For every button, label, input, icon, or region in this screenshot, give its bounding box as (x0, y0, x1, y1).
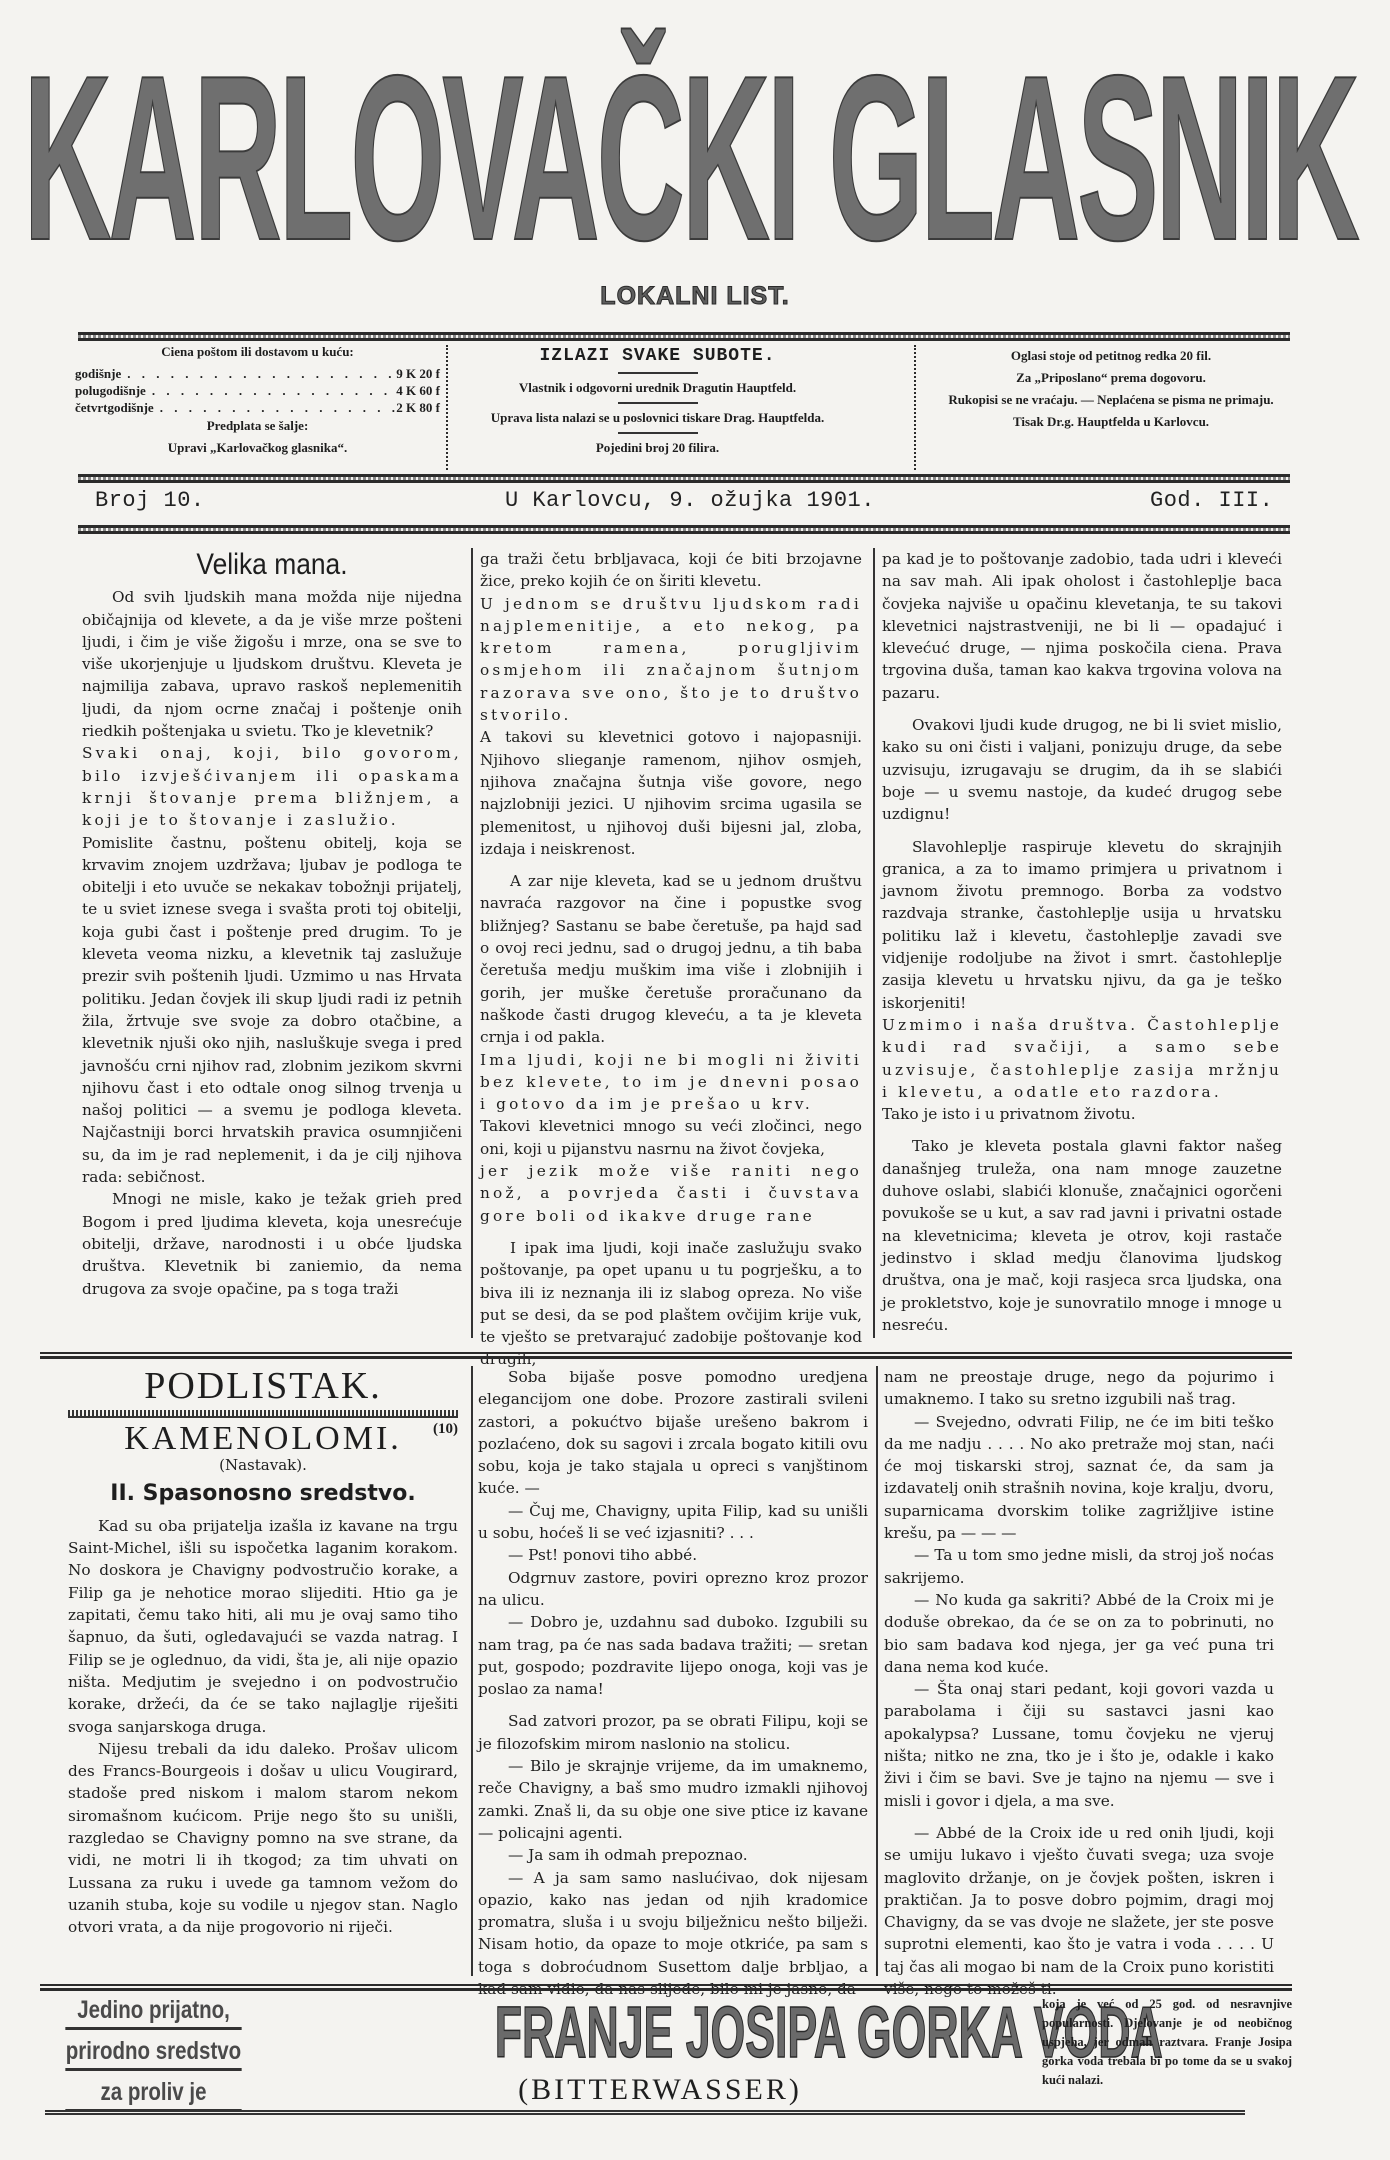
owner-editor: Vlastnik i odgovorni urednik Dragutin Ha… (450, 380, 865, 396)
single-issue-price: Pojedini broj 20 filira. (450, 440, 865, 456)
article-paragraph: U jednom se društvu ljudskom radi najple… (480, 593, 862, 727)
article-paragraph: Mnogi ne misle, kako je težak grieh pred… (82, 1188, 462, 1299)
column-divider (876, 1366, 878, 1976)
short-rule (618, 432, 698, 434)
article-paragraph: A takovi su klevetnici gotovo i najopasn… (480, 726, 862, 860)
decorative-rule (68, 1410, 458, 1418)
feuilleton-column-2: Soba bijaše posve pomodno uredjena elega… (478, 1366, 868, 2000)
feuilleton-column-1: PODLISTAK. KAMENOLOMI. (10) (Nastavak). … (68, 1366, 458, 1939)
price-header: Ciena poštom ili dostavom u kuću: (75, 344, 440, 360)
price-row-quarterly: četvrtgodišnje . . . . . . . . . . . . .… (75, 400, 440, 416)
story-paragraph: Nijesu trebali da idu daleko. Prošav uli… (68, 1738, 458, 1939)
article-column-3: pa kad je to poštovanje zadobio, tada ud… (882, 548, 1282, 1336)
price-value: 4 K 60 f (396, 383, 440, 399)
subscribe-to: Upravi „Karlovačkog glasnika“. (75, 440, 440, 456)
leader-dots: . . . . . . . . . . . . . . . . . . . (146, 383, 396, 399)
article-paragraph: A zar nije kleveta, kad se u jednom druš… (480, 870, 862, 1048)
story-paragraph: — Ta u tom smo jedne misli, da stroj još… (884, 1544, 1274, 1589)
feuilleton-section-title: PODLISTAK. (68, 1366, 458, 1406)
ad-subheadline: (BITTERWASSER) (290, 2073, 1030, 2107)
dateline-rule-bottom (78, 525, 1290, 534)
ad-tagline-line: za proliv je (65, 2075, 241, 2112)
article-paragraph: Takovi klevetnici mnogo su veći zločinci… (480, 1115, 862, 1160)
manuscripts-note: Rukopisi se ne vraćaju. — Neplaćena se p… (930, 392, 1292, 408)
installment-number: (10) (433, 1418, 458, 1440)
story-paragraph: — A ja sam samo naslućivao, dok nijesam … (478, 1867, 868, 2001)
article-paragraph: jer jezik može više raniti nego nož, a p… (480, 1160, 862, 1227)
advertisement: Jedino prijatno, prirodno sredstvo za pr… (40, 1993, 1292, 2113)
price-period: polugodišnje (75, 383, 146, 399)
story-title-text: KAMENOLOMI. (124, 1420, 402, 1457)
subscription-info: Ciena poštom ili dostavom u kuću: godišn… (75, 342, 440, 468)
story-paragraph: — Šta onaj stari pedant, koji govori vaz… (884, 1678, 1274, 1812)
priposlano-note: Za „Priposlano“ prema dogovoru. (930, 370, 1292, 386)
advertising-info: Oglasi stoje od petitnog redka 20 fil. Z… (930, 342, 1292, 468)
article-paragraph: pa kad je to poštovanje zadobio, tada ud… (882, 548, 1282, 704)
dateline-rule-top (78, 474, 1290, 483)
ad-tagline: Jedino prijatno, prirodno sredstvo za pr… (46, 1993, 261, 2116)
column-divider (471, 548, 473, 1338)
article-paragraph: Pomislite častnu, poštenu obitelj, koja … (82, 832, 462, 1189)
subscribe-label: Predplata se šalje: (75, 418, 440, 434)
story-paragraph: — Ja sam ih odmah prepoznao. (478, 1844, 868, 1866)
leader-dots: . . . . . . . . . . . . . . . . . . . (154, 400, 397, 416)
masthead-rule-top (78, 332, 1290, 341)
newspaper-page: KARLOVAČKI GLASNIK LOKALNI LIST. Ciena p… (0, 0, 1390, 2160)
masthead-subtitle: LOKALNI LIST. (0, 282, 1390, 311)
leader-dots: . . . . . . . . . . . . . . . . . . . (121, 366, 396, 382)
article-paragraph: Svaki onaj, koji, bilo govorom, bilo izv… (82, 742, 462, 831)
article-column-2: ga traži četu brbljavaca, koji će biti b… (480, 548, 862, 1371)
ad-headline-block: FRANJE JOSIPA GORKA VODA (BITTERWASSER) (290, 1997, 1030, 2107)
story-paragraph: Kad su oba prijatelja izašla iz kavane n… (68, 1515, 458, 1738)
article-paragraph: Ima ljudi, koji ne bi mogli ni živiti be… (480, 1049, 862, 1116)
chapter-title: II. Spasonosno sredstvo. (68, 1483, 458, 1505)
article-paragraph: Uzmimo i naša društva. Častohleplje kudi… (882, 1014, 1282, 1103)
article-column-1: Velika mana. Od svih ljudskih mana možda… (82, 548, 462, 1300)
continued-label: (Nastavak). (68, 1454, 458, 1476)
publication-info: IZLAZI SVAKE SUBOTE. Vlastnik i odgovorn… (450, 342, 865, 468)
place-date: U Karlovcu, 9. ožujka 1901. (505, 488, 875, 513)
info-divider (914, 345, 916, 470)
article-paragraph: Tako je kleveta postala glavni faktor na… (882, 1135, 1282, 1336)
year-volume: God. III. (1150, 488, 1273, 513)
story-paragraph: — Abbé de la Croix ide u red onih ljudi,… (884, 1822, 1274, 2000)
article-paragraph: Od svih ljudskih mana možda nije nijedna… (82, 586, 462, 742)
story-paragraph: — Svejedno, odvrati Filip, ne će im biti… (884, 1411, 1274, 1545)
story-paragraph: — Pst! ponovi tiho abbé. (478, 1544, 868, 1566)
ad-tagline-line: prirodno sredstvo (65, 2034, 241, 2071)
ad-tagline-line: Jedino prijatno, (65, 1993, 241, 2030)
story-paragraph: Odgrnuv zastore, poviri oprezno kroz pro… (478, 1567, 868, 1612)
issue-number: Broj 10. (95, 488, 205, 513)
column-divider (471, 1366, 473, 1976)
story-title: KAMENOLOMI. (10) (68, 1428, 458, 1450)
price-value: 2 K 80 f (396, 400, 440, 416)
feuilleton-rule (40, 1352, 1292, 1359)
story-paragraph: — Bilo je skrajnje vrijeme, da im umakne… (478, 1755, 868, 1844)
newspaper-name: KARLOVAČKI GLASNIK (23, 40, 1356, 275)
bottom-rule (45, 2110, 1245, 2115)
ad-description: koja je već od 25 god. od nesravnjive po… (1042, 1995, 1292, 2090)
article-paragraph: ga traži četu brbljavaca, koji će biti b… (480, 548, 862, 593)
column-divider (873, 548, 875, 1338)
price-value: 9 K 20 f (396, 366, 440, 382)
article-paragraph: I ipak ima ljudi, koji inače zaslužuju s… (480, 1237, 862, 1371)
story-paragraph: nam ne preostaje druge, nego da pojurimo… (884, 1366, 1274, 1411)
price-row-half-yearly: polugodišnje . . . . . . . . . . . . . .… (75, 383, 440, 399)
advertisement-rule (40, 1984, 1292, 1991)
article-paragraph: Ovakovi ljudi kude drugog, ne bi li svie… (882, 714, 1282, 825)
short-rule (618, 372, 698, 374)
feuilleton-column-3: nam ne preostaje druge, nego da pojurimo… (884, 1366, 1274, 2000)
masthead-title: KARLOVAČKI GLASNIK (75, 40, 1305, 275)
article-paragraph: Tako je isto i u privatnom životu. (882, 1103, 1282, 1125)
ad-rates: Oglasi stoje od petitnog redka 20 fil. (930, 348, 1292, 364)
story-paragraph: Sad zatvori prozor, pa se obrati Filipu,… (478, 1710, 868, 1755)
story-paragraph: — No kuda ga sakriti? Abbé de la Croix m… (884, 1589, 1274, 1678)
price-period: četvrtgodišnje (75, 400, 154, 416)
dateline: Broj 10. U Karlovcu, 9. ožujka 1901. God… (95, 488, 1290, 522)
info-divider (446, 345, 448, 470)
short-rule (618, 402, 698, 404)
price-row-yearly: godišnje . . . . . . . . . . . . . . . .… (75, 366, 440, 382)
article-title: Velika mana. (105, 554, 439, 576)
price-period: godišnje (75, 366, 121, 382)
story-paragraph: Soba bijaše posve pomodno uredjena elega… (478, 1366, 868, 1500)
story-paragraph: — Dobro je, uzdahnu sad duboko. Izgubili… (478, 1611, 868, 1700)
office-address: Uprava lista nalazi se u poslovnici tisk… (450, 410, 865, 426)
printer-note: Tisak Dr.g. Hauptfelda u Karlovcu. (930, 414, 1292, 430)
frequency: IZLAZI SVAKE SUBOTE. (450, 346, 865, 366)
article-paragraph: Slavohleplje raspiruje klevetu do skrajn… (882, 836, 1282, 1014)
story-paragraph: — Čuj me, Chavigny, upita Filip, kad su … (478, 1500, 868, 1545)
